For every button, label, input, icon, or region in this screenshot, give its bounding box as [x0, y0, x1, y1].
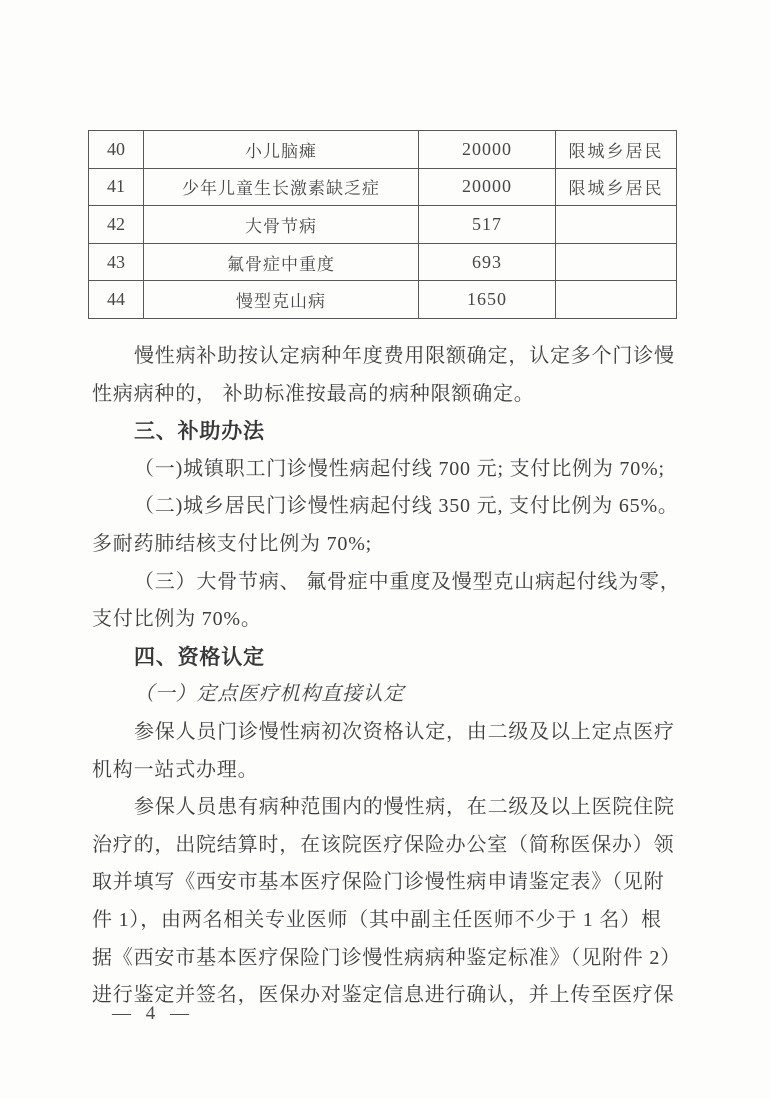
paragraph-line: 性病病种的， 补助标准按最高的病种限额确定。 [92, 376, 680, 414]
cell-amount: 1650 [419, 281, 556, 319]
paragraph-line: 多耐药肺结核支付比例为 70%; [92, 526, 680, 564]
cell-note: 限城乡居民 [556, 131, 677, 169]
paragraph-line: 取并填写《西安市基本医疗保险门诊慢性病申请鉴定表》（见附 [92, 864, 680, 902]
paragraph-line: 件 1），由两名相关专业医师（其中副主任医师不少于 1 名）根 [92, 902, 680, 940]
table-row: 43 氟骨症中重度 693 [89, 243, 677, 281]
cell-note [556, 206, 677, 244]
paragraph-line: 治疗的，出院结算时，在该院医疗保险办公室（简称医保办）领 [92, 827, 680, 865]
cell-amount: 517 [419, 206, 556, 244]
table-row: 40 小儿脑瘫 20000 限城乡居民 [89, 131, 677, 169]
paragraph-line: 参保人员门诊慢性病初次资格认定，由二级及以上定点医疗 [92, 714, 680, 752]
cell-index: 41 [89, 168, 144, 206]
paragraph-line: （二)城乡居民门诊慢性病起付线 350 元, 支付比例为 65%。 [92, 488, 680, 526]
paragraph-line: （三）大骨节病、 氟骨症中重度及慢型克山病起付线为零， [92, 564, 680, 602]
paragraph-line: 参保人员患有病种范围内的慢性病，在二级及以上医院住院 [92, 789, 680, 827]
section-heading-qualification: 四、资格认定 [92, 639, 680, 677]
cell-note [556, 243, 677, 281]
chronic-disease-table: 40 小儿脑瘫 20000 限城乡居民 41 少年儿童生长激素缺乏症 20000… [88, 130, 677, 319]
cell-disease: 小儿脑瘫 [144, 131, 419, 169]
cell-index: 42 [89, 206, 144, 244]
cell-index: 40 [89, 131, 144, 169]
table-row: 44 慢型克山病 1650 [89, 281, 677, 319]
cell-note [556, 281, 677, 319]
page-number: — 4 — [112, 1003, 194, 1025]
cell-disease: 少年儿童生长激素缺乏症 [144, 168, 419, 206]
paragraph-line: 慢性病补助按认定病种年度费用限额确定，认定多个门诊慢 [92, 338, 680, 376]
cell-disease: 慢型克山病 [144, 281, 419, 319]
paragraph-line: 支付比例为 70%。 [92, 601, 680, 639]
cell-disease: 氟骨症中重度 [144, 243, 419, 281]
paragraph-line: 机构一站式办理。 [92, 752, 680, 790]
scanned-document-page: 40 小儿脑瘫 20000 限城乡居民 41 少年儿童生长激素缺乏症 20000… [0, 0, 770, 1099]
cell-amount: 693 [419, 243, 556, 281]
section-heading-subsidy-method: 三、补助办法 [92, 413, 680, 451]
cell-note: 限城乡居民 [556, 168, 677, 206]
cell-index: 43 [89, 243, 144, 281]
table-row: 42 大骨节病 517 [89, 206, 677, 244]
cell-amount: 20000 [419, 131, 556, 169]
document-body: 慢性病补助按认定病种年度费用限额确定，认定多个门诊慢 性病病种的， 补助标准按最… [92, 338, 680, 1015]
paragraph-line: （一)城镇职工门诊慢性病起付线 700 元; 支付比例为 70%; [92, 451, 680, 489]
cell-amount: 20000 [419, 168, 556, 206]
table-row: 41 少年儿童生长激素缺乏症 20000 限城乡居民 [89, 168, 677, 206]
cell-index: 44 [89, 281, 144, 319]
cell-disease: 大骨节病 [144, 206, 419, 244]
paragraph-line: 据《西安市基本医疗保险门诊慢性病病种鉴定标准》（见附件 2） [92, 940, 680, 978]
subsection-heading-direct-recognition: （一）定点医疗机构直接认定 [92, 676, 680, 714]
